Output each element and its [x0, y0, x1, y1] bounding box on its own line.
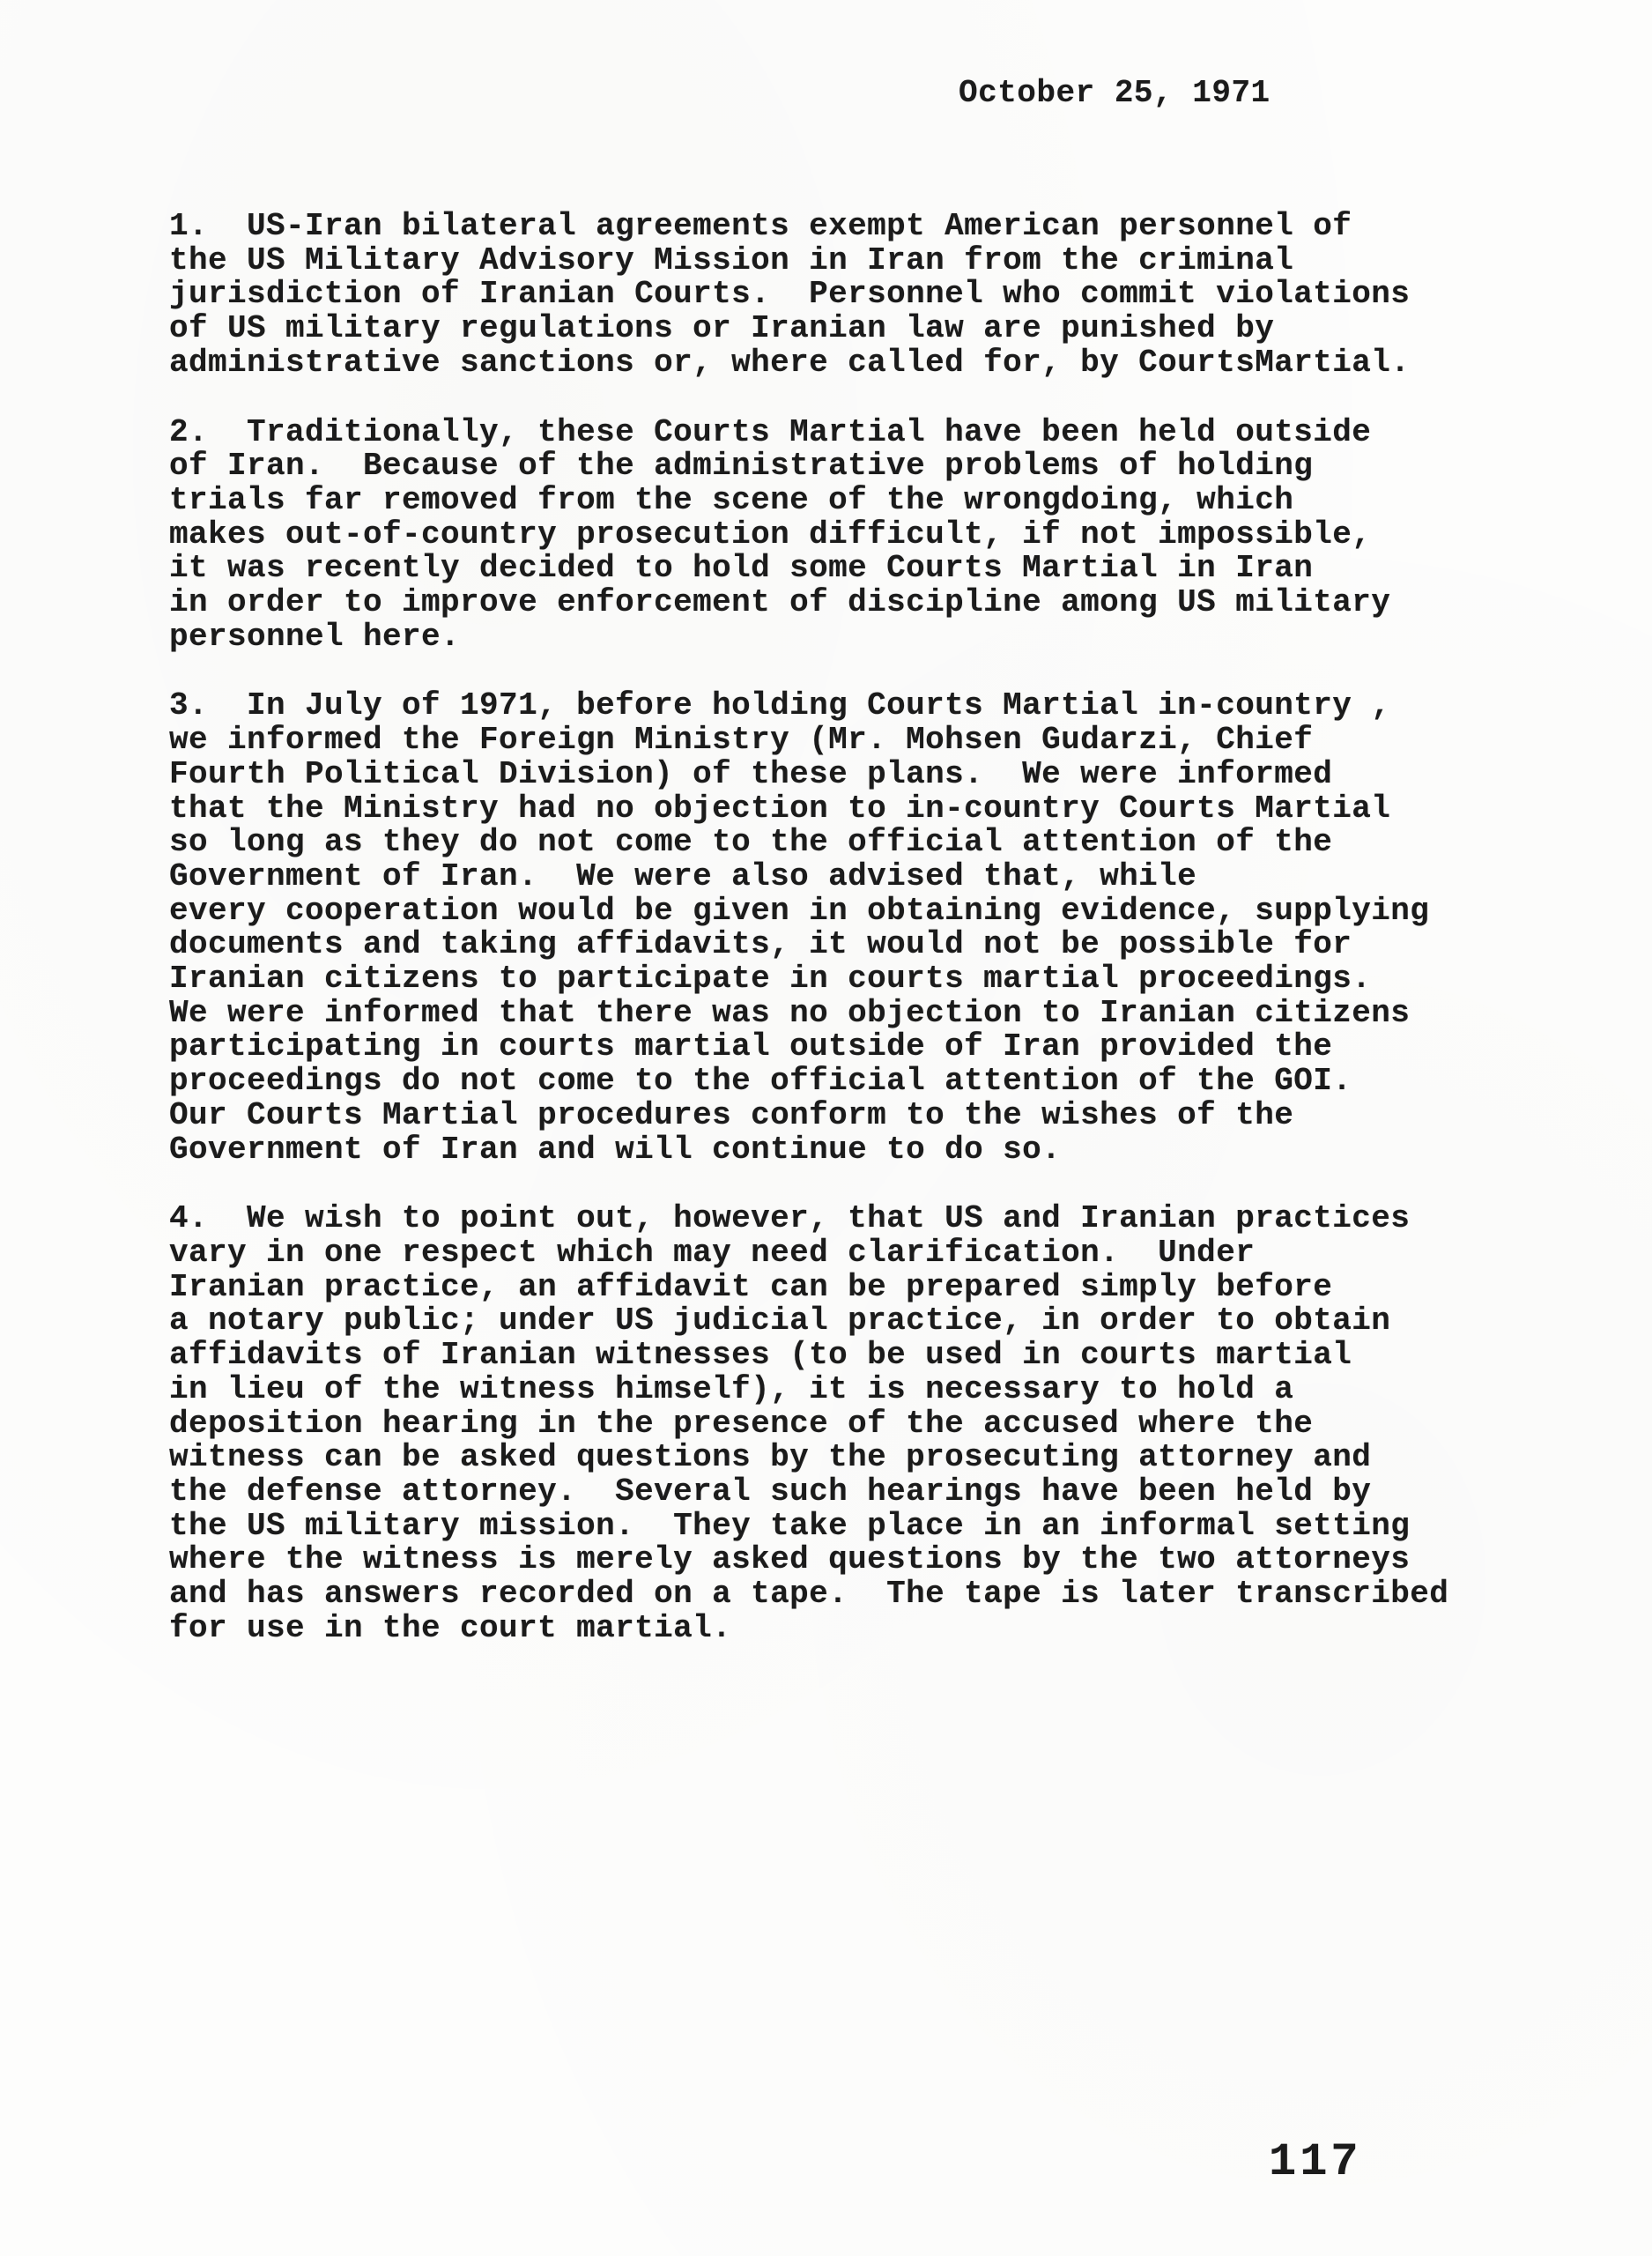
document-date: October 25, 1971: [959, 76, 1270, 111]
paragraph-2: 2. Traditionally, these Courts Martial h…: [169, 416, 1570, 655]
page-number: 117: [1269, 2136, 1362, 2188]
paragraph-4: 4. We wish to point out, however, that U…: [169, 1202, 1570, 1645]
paragraph-3: 3. In July of 1971, before holding Court…: [169, 689, 1570, 1167]
document-page: October 25, 1971 1. US-Iran bilateral ag…: [0, 0, 1652, 2256]
paragraph-1: 1. US-Iran bilateral agreements exempt A…: [169, 210, 1570, 381]
document-body: 1. US-Iran bilateral agreements exempt A…: [169, 210, 1570, 1681]
